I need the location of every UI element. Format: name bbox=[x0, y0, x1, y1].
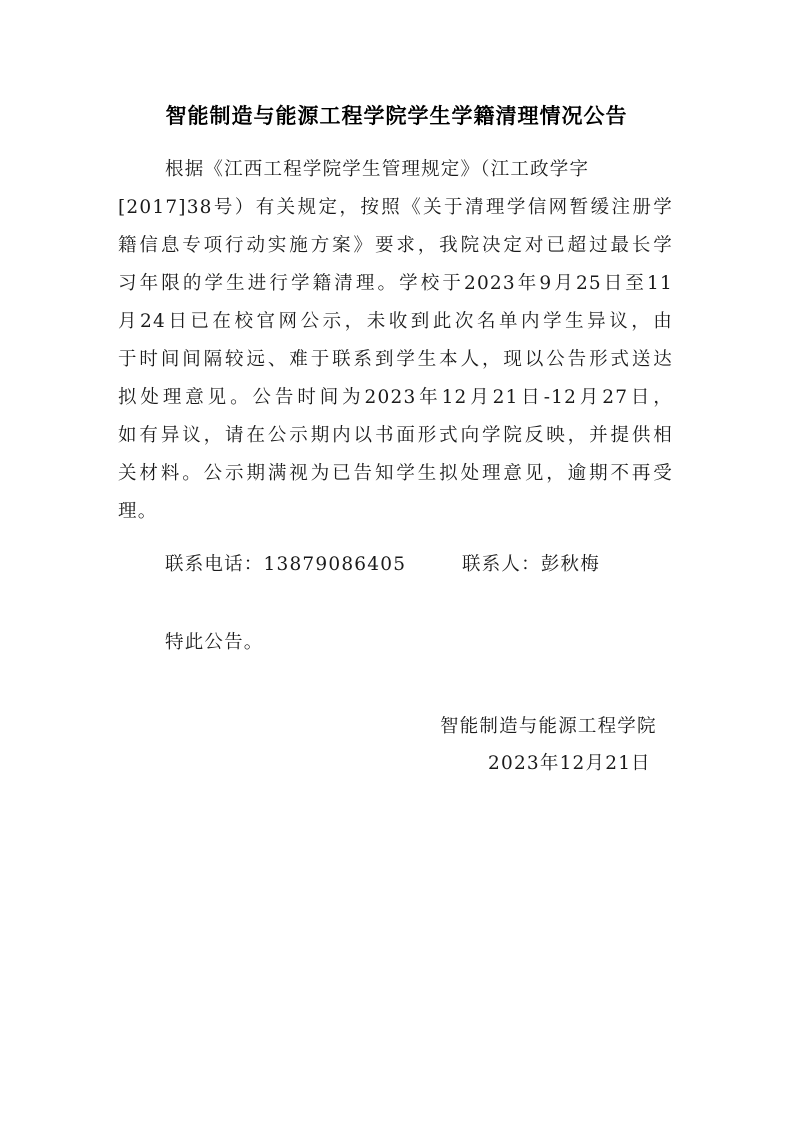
person-name: 彭秋梅 bbox=[541, 554, 600, 575]
contact-person: 联系人：彭秋梅 bbox=[462, 550, 600, 576]
closing-statement: 特此公告。 bbox=[165, 628, 264, 654]
signature-date: 2023年12月21日 bbox=[488, 749, 651, 775]
body-line-5: 月24日已在校官网公示，未收到此次名单内学生异议，由 bbox=[118, 307, 673, 333]
body-line-2: [2017]38号）有关规定，按照《关于清理学信网暂缓注册学 bbox=[118, 193, 673, 219]
signature-org: 智能制造与能源工程学院 bbox=[440, 712, 657, 738]
body-line-6: 于时间间隔较远、难于联系到学生本人，现以公告形式送达 bbox=[118, 345, 673, 371]
document-title: 智能制造与能源工程学院学生学籍清理情况公告 bbox=[0, 100, 793, 130]
body-line-4: 习年限的学生进行学籍清理。学校于2023年9月25日至11 bbox=[118, 269, 673, 295]
contact-phone: 联系电话：13879086405 bbox=[165, 550, 406, 576]
person-label: 联系人： bbox=[462, 554, 541, 575]
body-line-9: 关材料。公示期满视为已告知学生拟处理意见，逾期不再受 bbox=[118, 459, 673, 485]
phone-label: 联系电话： bbox=[165, 554, 264, 575]
body-line-1: 根据《江西工程学院学生管理规定》（江工政学字 bbox=[165, 155, 672, 181]
body-line-8: 如有异议，请在公示期内以书面形式向学院反映，并提供相 bbox=[118, 421, 673, 447]
phone-number: 13879086405 bbox=[264, 554, 407, 575]
body-line-3: 籍信息专项行动实施方案》要求，我院决定对已超过最长学 bbox=[118, 231, 673, 257]
body-line-10: 理。 bbox=[118, 497, 157, 523]
body-line-7: 拟处理意见。公告时间为2023年12月21日-12月27日， bbox=[118, 383, 673, 409]
